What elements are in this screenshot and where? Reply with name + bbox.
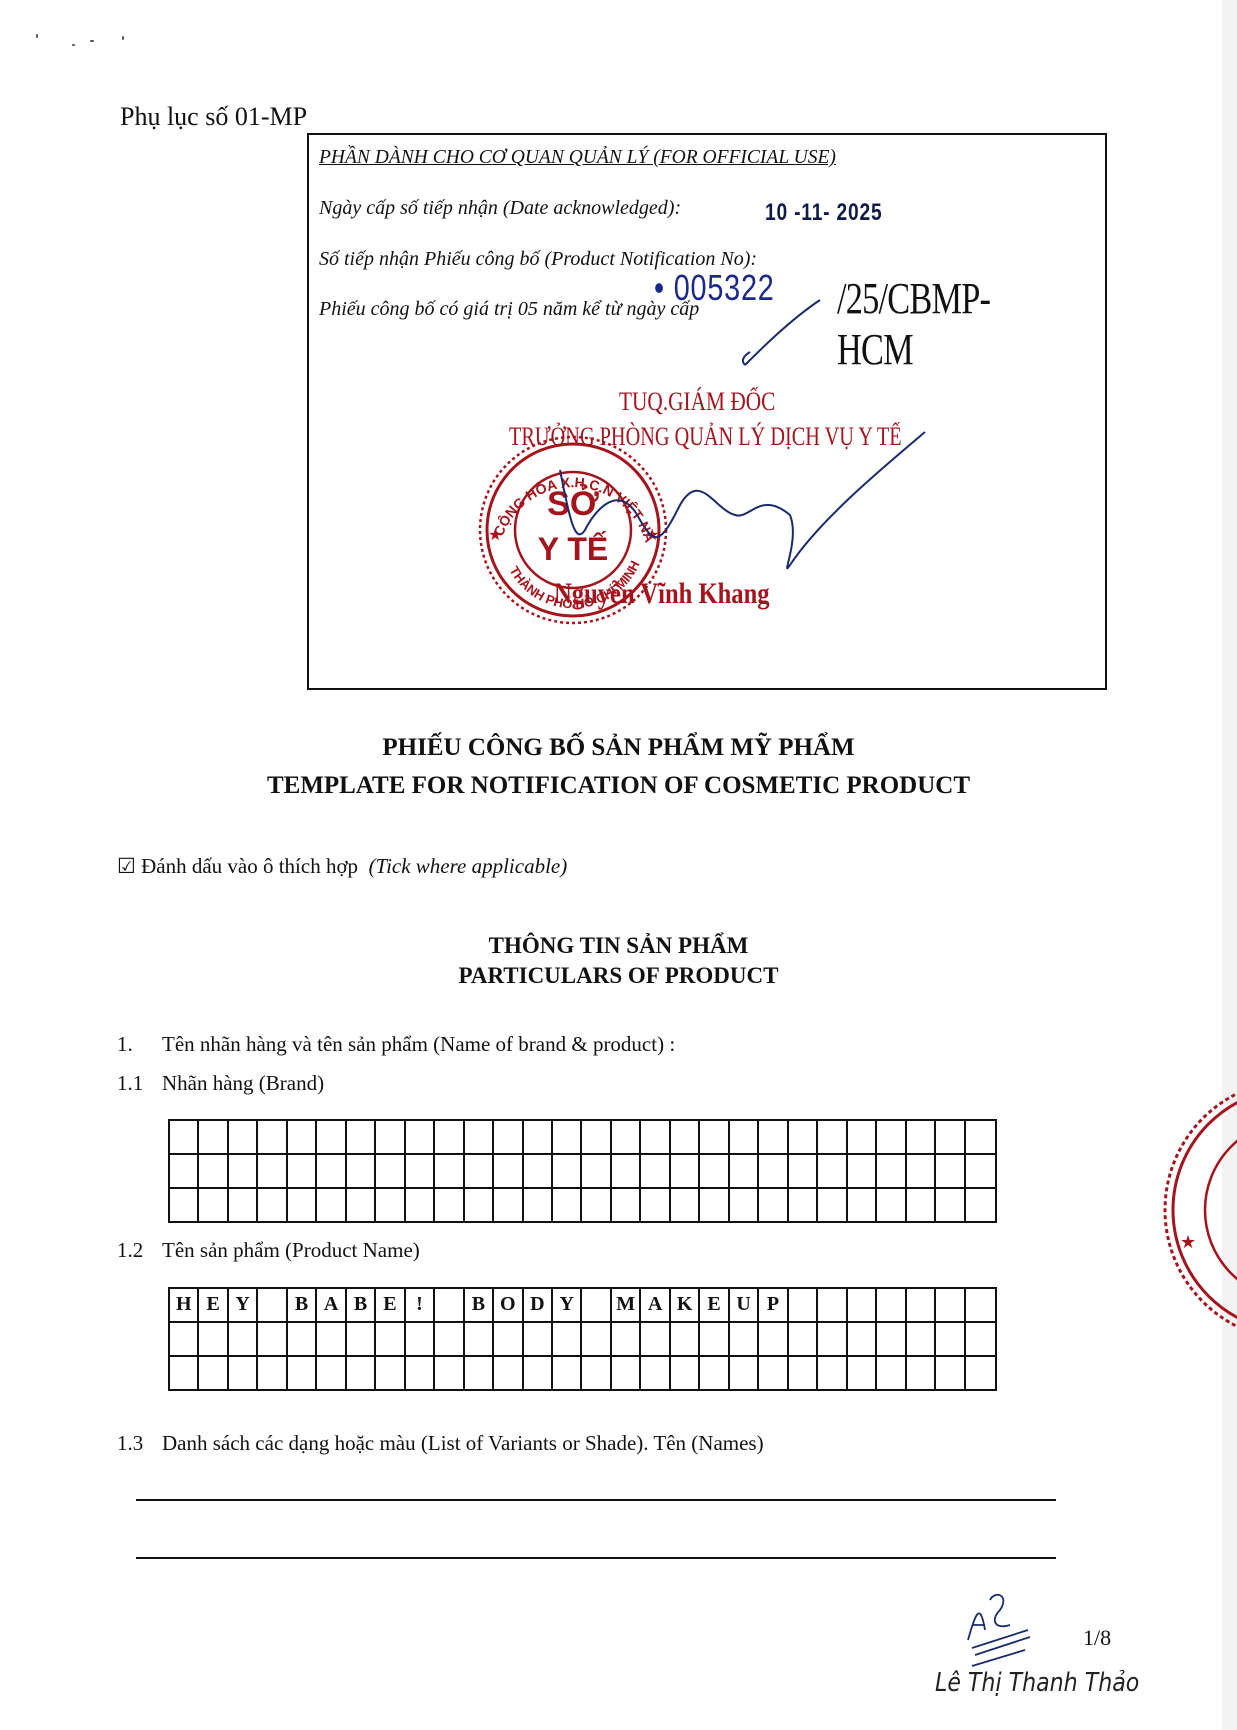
validity-label: Phiếu công bố có giá trị 05 năm kể từ ng… [319, 298, 699, 321]
grid-cell[interactable] [730, 1323, 759, 1357]
official-use-heading: PHẦN DÀNH CHO CƠ QUAN QUẢN LÝ (FOR OFFIC… [319, 147, 836, 169]
signer-name: Nguyễn Vĩnh Khang [554, 577, 770, 611]
grid-cell[interactable] [406, 1121, 435, 1155]
grid-cell[interactable] [317, 1155, 346, 1189]
item-number: 1.2 [117, 1238, 162, 1263]
grid-cell[interactable] [465, 1121, 494, 1155]
grid-cell[interactable] [376, 1155, 405, 1189]
grid-cell[interactable] [759, 1155, 788, 1189]
grid-cell[interactable] [641, 1189, 670, 1223]
grid-cell[interactable] [170, 1155, 199, 1189]
grid-cell[interactable] [966, 1155, 995, 1189]
grid-cell[interactable]: O [494, 1289, 523, 1323]
grid-cell[interactable] [406, 1357, 435, 1391]
grid-cell[interactable]: E [700, 1289, 729, 1323]
grid-cell[interactable] [494, 1357, 523, 1391]
grid-cell[interactable] [199, 1121, 228, 1155]
grid-cell[interactable]: Y [553, 1289, 582, 1323]
grid-cell[interactable] [317, 1323, 346, 1357]
grid-cell[interactable] [700, 1121, 729, 1155]
item-label: Tên sản phẩm (Product Name) [162, 1238, 420, 1262]
grid-cell[interactable]: E [376, 1289, 405, 1323]
grid-cell[interactable] [317, 1357, 346, 1391]
grid-cell[interactable] [789, 1189, 818, 1223]
grid-cell[interactable] [907, 1289, 936, 1323]
page-number: 1/8 [1083, 1625, 1111, 1651]
grid-cell[interactable] [671, 1121, 700, 1155]
grid-cell[interactable] [966, 1357, 995, 1391]
grid-cell[interactable] [818, 1121, 847, 1155]
grid-cell[interactable] [730, 1357, 759, 1391]
grid-cell[interactable] [435, 1155, 464, 1189]
grid-cell[interactable] [288, 1121, 317, 1155]
grid-cell[interactable] [877, 1155, 906, 1189]
grid-cell[interactable] [406, 1155, 435, 1189]
grid-cell[interactable] [288, 1189, 317, 1223]
official-use-box: PHẦN DÀNH CHO CƠ QUAN QUẢN LÝ (FOR OFFIC… [307, 133, 1107, 690]
grid-cell[interactable] [524, 1121, 553, 1155]
notification-suffix: /25/CBMP-HCM [837, 273, 1046, 375]
grid-cell[interactable] [465, 1189, 494, 1223]
grid-cell[interactable] [229, 1121, 258, 1155]
grid-cell[interactable] [789, 1155, 818, 1189]
grid-cell[interactable] [641, 1357, 670, 1391]
grid-cell[interactable] [966, 1189, 995, 1223]
grid-cell[interactable] [877, 1323, 906, 1357]
grid-cell[interactable] [818, 1357, 847, 1391]
grid-cell[interactable] [553, 1155, 582, 1189]
grid-cell[interactable] [936, 1189, 965, 1223]
grid-cell[interactable] [258, 1357, 287, 1391]
grid-cell[interactable] [406, 1189, 435, 1223]
grid-cell[interactable] [582, 1189, 611, 1223]
grid-cell[interactable] [966, 1289, 995, 1323]
grid-cell[interactable] [170, 1121, 199, 1155]
grid-cell[interactable]: E [199, 1289, 228, 1323]
grid-cell[interactable] [435, 1189, 464, 1223]
grid-cell[interactable] [199, 1323, 228, 1357]
grid-cell[interactable] [877, 1357, 906, 1391]
grid-cell[interactable]: D [524, 1289, 553, 1323]
grid-cell[interactable] [730, 1121, 759, 1155]
grid-cell[interactable] [700, 1357, 729, 1391]
grid-cell[interactable] [376, 1121, 405, 1155]
grid-cell[interactable] [877, 1189, 906, 1223]
grid-cell[interactable] [553, 1323, 582, 1357]
grid-cell[interactable]: H [170, 1289, 199, 1323]
grid-cell[interactable] [671, 1323, 700, 1357]
grid-cell[interactable] [907, 1357, 936, 1391]
grid-cell[interactable] [347, 1357, 376, 1391]
grid-cell[interactable] [288, 1155, 317, 1189]
grid-cell[interactable] [671, 1155, 700, 1189]
grid-cell[interactable] [671, 1189, 700, 1223]
grid-cell[interactable] [170, 1189, 199, 1223]
form-title-en: TEMPLATE FOR NOTIFICATION OF COSMETIC PR… [0, 772, 1237, 800]
grid-cell[interactable] [907, 1323, 936, 1357]
notification-number: 005322 [674, 267, 775, 308]
grid-cell[interactable] [877, 1121, 906, 1155]
grid-cell[interactable] [612, 1155, 641, 1189]
grid-cell[interactable] [435, 1357, 464, 1391]
grid-cell[interactable] [966, 1323, 995, 1357]
grid-cell[interactable] [317, 1189, 346, 1223]
grid-cell[interactable] [612, 1323, 641, 1357]
grid-cell[interactable] [347, 1155, 376, 1189]
grid-cell[interactable]: B [288, 1289, 317, 1323]
grid-cell[interactable]: B [347, 1289, 376, 1323]
grid-cell[interactable] [936, 1323, 965, 1357]
grid-cell[interactable] [789, 1121, 818, 1155]
grid-cell[interactable]: M [612, 1289, 641, 1323]
grid-cell[interactable] [376, 1323, 405, 1357]
grid-cell[interactable] [700, 1323, 729, 1357]
grid-cell[interactable] [229, 1155, 258, 1189]
grid-cell[interactable] [671, 1357, 700, 1391]
grid-cell[interactable] [465, 1357, 494, 1391]
item-1-3-variants: 1.3Danh sách các dạng hoặc màu (List of … [117, 1431, 764, 1456]
grid-cell[interactable] [258, 1189, 287, 1223]
grid-cell[interactable] [818, 1155, 847, 1189]
grid-cell[interactable]: A [641, 1289, 670, 1323]
item-label: Tên nhãn hàng và tên sản phẩm (Name of b… [162, 1032, 675, 1056]
grid-cell[interactable] [435, 1121, 464, 1155]
grid-cell[interactable] [406, 1323, 435, 1357]
grid-cell[interactable] [524, 1357, 553, 1391]
variant-line-1[interactable] [136, 1499, 1056, 1501]
section-title-vi: THÔNG TIN SẢN PHẨM [0, 933, 1237, 959]
item-label: Danh sách các dạng hoặc màu (List of Var… [162, 1431, 764, 1455]
grid-cell[interactable] [612, 1121, 641, 1155]
scan-specks [30, 30, 130, 50]
grid-cell[interactable] [789, 1357, 818, 1391]
grid-cell[interactable] [553, 1189, 582, 1223]
grid-cell[interactable] [347, 1189, 376, 1223]
grid-cell[interactable] [553, 1357, 582, 1391]
applicant-name-handwritten: Lê Thị Thanh Thảo [935, 1668, 1139, 1698]
grid-cell[interactable] [376, 1189, 405, 1223]
signer-title: TUQ.GIÁM ĐỐC [619, 387, 775, 417]
grid-cell[interactable] [936, 1121, 965, 1155]
signer-department: TRƯỞNG PHÒNG QUẢN LÝ DỊCH VỤ Y TẾ [509, 422, 902, 452]
grid-cell[interactable]: A [317, 1289, 346, 1323]
applicant-signature-icon [968, 1595, 1030, 1666]
grid-cell[interactable] [229, 1357, 258, 1391]
grid-cell[interactable] [936, 1357, 965, 1391]
grid-cell[interactable] [848, 1289, 877, 1323]
grid-cell[interactable] [848, 1357, 877, 1391]
grid-cell[interactable] [582, 1155, 611, 1189]
grid-cell[interactable] [524, 1155, 553, 1189]
grid-cell[interactable] [317, 1121, 346, 1155]
grid-cell[interactable] [288, 1357, 317, 1391]
brand-grid [168, 1119, 997, 1223]
date-acknowledged-value: 10 -11- 2025 [765, 199, 882, 227]
grid-cell[interactable] [848, 1121, 877, 1155]
tick-note-en: (Tick where applicable) [369, 854, 568, 878]
grid-cell[interactable] [789, 1289, 818, 1323]
grid-cell[interactable] [553, 1121, 582, 1155]
grid-cell[interactable] [907, 1121, 936, 1155]
grid-cell[interactable] [229, 1323, 258, 1357]
grid-cell[interactable] [818, 1323, 847, 1357]
page-edge-strip [1222, 0, 1237, 1730]
grid-cell[interactable] [582, 1289, 611, 1323]
grid-cell[interactable] [258, 1155, 287, 1189]
grid-cell[interactable] [524, 1189, 553, 1223]
grid-cell[interactable] [907, 1155, 936, 1189]
grid-cell[interactable] [848, 1155, 877, 1189]
grid-cell[interactable] [848, 1189, 877, 1223]
grid-cell[interactable] [347, 1323, 376, 1357]
grid-cell[interactable] [258, 1323, 287, 1357]
grid-cell[interactable] [494, 1121, 523, 1155]
date-acknowledged-label: Ngày cấp số tiếp nhận (Date acknowledged… [319, 197, 681, 220]
grid-cell[interactable] [435, 1323, 464, 1357]
grid-cell[interactable] [641, 1155, 670, 1189]
grid-cell[interactable] [199, 1189, 228, 1223]
section-title-en: PARTICULARS OF PRODUCT [0, 963, 1237, 989]
grid-cell[interactable] [229, 1189, 258, 1223]
form-title-vi: PHIẾU CÔNG BỐ SẢN PHẨM MỸ PHẨM [0, 734, 1237, 762]
grid-cell[interactable] [582, 1323, 611, 1357]
grid-cell[interactable]: ! [406, 1289, 435, 1323]
grid-cell[interactable] [170, 1357, 199, 1391]
grid-cell[interactable] [612, 1357, 641, 1391]
product-name-grid: HEYBABE!BODYMAKEUP [168, 1287, 997, 1391]
grid-cell[interactable] [848, 1323, 877, 1357]
grid-cell[interactable] [818, 1289, 847, 1323]
grid-cell[interactable] [818, 1189, 847, 1223]
variant-line-2[interactable] [136, 1557, 1056, 1559]
grid-cell[interactable] [347, 1121, 376, 1155]
grid-cell[interactable] [966, 1121, 995, 1155]
grid-cell[interactable] [759, 1323, 788, 1357]
grid-cell[interactable] [199, 1357, 228, 1391]
grid-cell[interactable]: Y [229, 1289, 258, 1323]
grid-cell[interactable] [494, 1323, 523, 1357]
grid-cell[interactable]: B [465, 1289, 494, 1323]
tick-note-vi: Đánh dấu vào ô thích hợp [141, 854, 358, 878]
grid-cell[interactable] [759, 1189, 788, 1223]
grid-cell[interactable] [641, 1121, 670, 1155]
grid-cell[interactable] [789, 1323, 818, 1357]
grid-cell[interactable] [258, 1289, 287, 1323]
grid-cell[interactable] [170, 1323, 199, 1357]
grid-cell[interactable] [199, 1155, 228, 1189]
checkbox-checked-icon: ☑ [117, 854, 136, 878]
notification-number-stamp: • 005322 [654, 267, 775, 309]
grid-cell[interactable] [759, 1121, 788, 1155]
grid-cell[interactable] [582, 1357, 611, 1391]
grid-cell[interactable] [465, 1323, 494, 1357]
tick-note: ☑ Đánh dấu vào ô thích hợp (Tick where a… [117, 854, 567, 879]
grid-cell[interactable] [700, 1155, 729, 1189]
grid-cell[interactable] [258, 1121, 287, 1155]
item-1: 1.Tên nhãn hàng và tên sản phẩm (Name of… [117, 1032, 675, 1057]
grid-cell[interactable] [730, 1189, 759, 1223]
grid-cell[interactable]: U [730, 1289, 759, 1323]
grid-cell[interactable] [465, 1155, 494, 1189]
grid-cell[interactable] [730, 1155, 759, 1189]
grid-cell[interactable] [641, 1323, 670, 1357]
grid-cell[interactable] [907, 1189, 936, 1223]
grid-cell[interactable] [524, 1323, 553, 1357]
grid-cell[interactable] [700, 1189, 729, 1223]
svg-text:★: ★ [1180, 1232, 1196, 1252]
item-number: 1.1 [117, 1071, 162, 1096]
item-number: 1.3 [117, 1431, 162, 1456]
grid-cell[interactable] [435, 1289, 464, 1323]
grid-cell[interactable] [936, 1155, 965, 1189]
grid-cell[interactable] [288, 1323, 317, 1357]
grid-cell[interactable] [494, 1189, 523, 1223]
grid-cell[interactable] [877, 1289, 906, 1323]
appendix-label: Phụ lục số 01-MP [120, 102, 307, 132]
grid-cell[interactable] [936, 1289, 965, 1323]
item-number: 1. [117, 1032, 162, 1057]
grid-cell[interactable] [759, 1357, 788, 1391]
grid-cell[interactable] [582, 1121, 611, 1155]
item-label: Nhãn hàng (Brand) [162, 1071, 324, 1095]
grid-cell[interactable] [494, 1155, 523, 1189]
grid-cell[interactable]: K [671, 1289, 700, 1323]
grid-cell[interactable] [612, 1189, 641, 1223]
item-1-1-brand: 1.1Nhãn hàng (Brand) [117, 1071, 324, 1096]
grid-cell[interactable] [376, 1357, 405, 1391]
item-1-2-product-name: 1.2Tên sản phẩm (Product Name) [117, 1238, 420, 1263]
grid-cell[interactable]: P [759, 1289, 788, 1323]
